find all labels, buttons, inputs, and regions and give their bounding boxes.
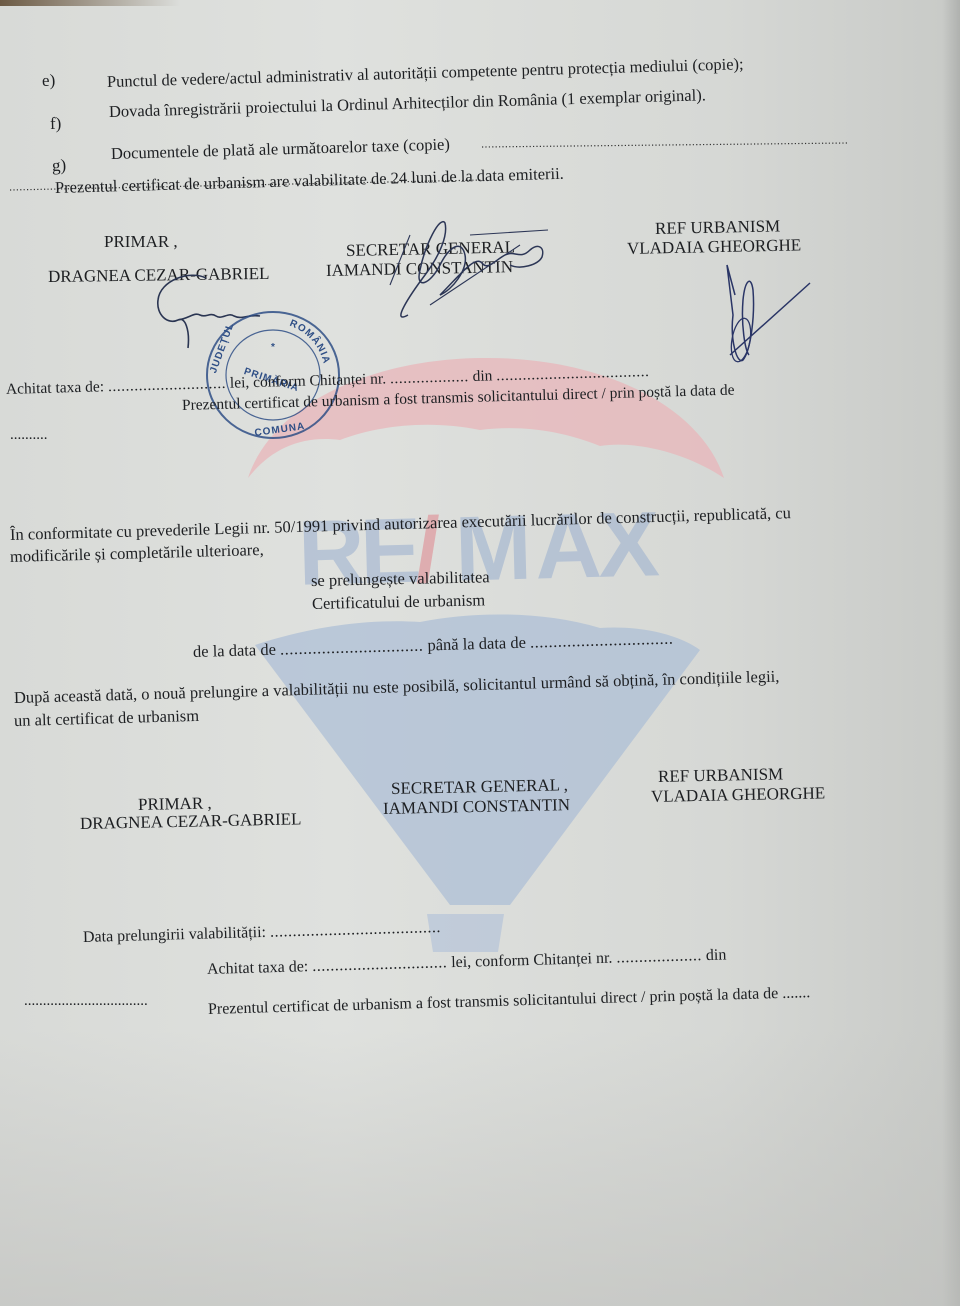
list-item-e: Punctul de vedere/actul administrativ al… [107, 56, 744, 90]
extension-date-field: ...................................... [270, 919, 441, 941]
svg-text:*: * [271, 342, 276, 353]
transmitted-date-field-top: .......... [10, 428, 48, 443]
fee-line-bottom: Achitat taxa de: .......................… [207, 947, 727, 978]
to-date-field: ............................... [530, 629, 674, 652]
receipt-date-field-bottom: ................................. [24, 994, 148, 1009]
secretary-title-top: SECRETAR GENERAL [346, 238, 515, 259]
page-shadow-bottom [0, 1030, 960, 1306]
photo-edge-shadow [0, 0, 180, 6]
after-note: După această dată, o nouă prelungire a v… [14, 669, 780, 707]
list-item-f: Dovada înregistrării proiectului la Ordi… [109, 87, 706, 120]
transmitted-note-bottom: Prezentul certificat de urbanism a fost … [208, 985, 811, 1018]
secretary-title-bottom: SECRETAR GENERAL , [391, 776, 568, 797]
receipt-number-field-bottom: ................... [616, 947, 702, 966]
mayor-title-top: PRIMAR , [104, 233, 178, 250]
from-date-field: ............................... [280, 636, 424, 659]
extension-date-line: Data prelungirii valabilității: ........… [83, 920, 441, 946]
svg-text:COMUNA: COMUNA [254, 421, 306, 439]
fee-amount-field-top: ........................... [108, 375, 227, 395]
mayor-title-bottom: PRIMAR , [138, 794, 212, 813]
list-item-g: Documentele de plată ale următoarelor ta… [111, 137, 450, 163]
extension-center-2: Certificatului de urbanism [312, 592, 486, 612]
list-marker-g: g) [52, 157, 67, 174]
extension-intro-2: modificările și completările ulterioare, [10, 542, 264, 566]
receipt-date-field-top: ................................... [496, 363, 650, 384]
extension-intro: În conformitate cu prevederile Legii nr.… [10, 505, 791, 543]
ref-signature [715, 255, 825, 370]
list-marker-f: f) [50, 115, 62, 132]
secretary-name-top: IAMANDI CONSTANTIN [326, 258, 513, 279]
after-note-2: un alt certificat de urbanism [14, 708, 199, 730]
extension-center-1: se prelungește valabilitatea [311, 569, 490, 589]
ref-title-bottom: REF URBANISM [658, 765, 784, 785]
svg-text:ROMÂNIA: ROMÂNIA [288, 318, 332, 365]
validity-note: Prezentul certificat de urbanism are val… [55, 166, 564, 197]
list-marker-e: e) [42, 72, 56, 89]
mayor-name-top: DRAGNEA CEZAR-GABRIEL [48, 265, 270, 285]
secretary-name-bottom: IAMANDI CONSTANTIN [383, 796, 570, 817]
ref-name-bottom: VLADAIA GHEORGHE [651, 784, 826, 805]
fee-amount-field-bottom: .............................. [312, 954, 447, 975]
date-range-line: de la data de ..........................… [193, 631, 674, 661]
ref-title-top: REF URBANISM [655, 217, 781, 237]
receipt-number-field-top: .................. [390, 368, 469, 387]
ref-name-top: VLADAIA GHEORGHE [627, 236, 802, 257]
mayor-name-bottom: DRAGNEA CEZAR-GABRIEL [80, 810, 302, 832]
